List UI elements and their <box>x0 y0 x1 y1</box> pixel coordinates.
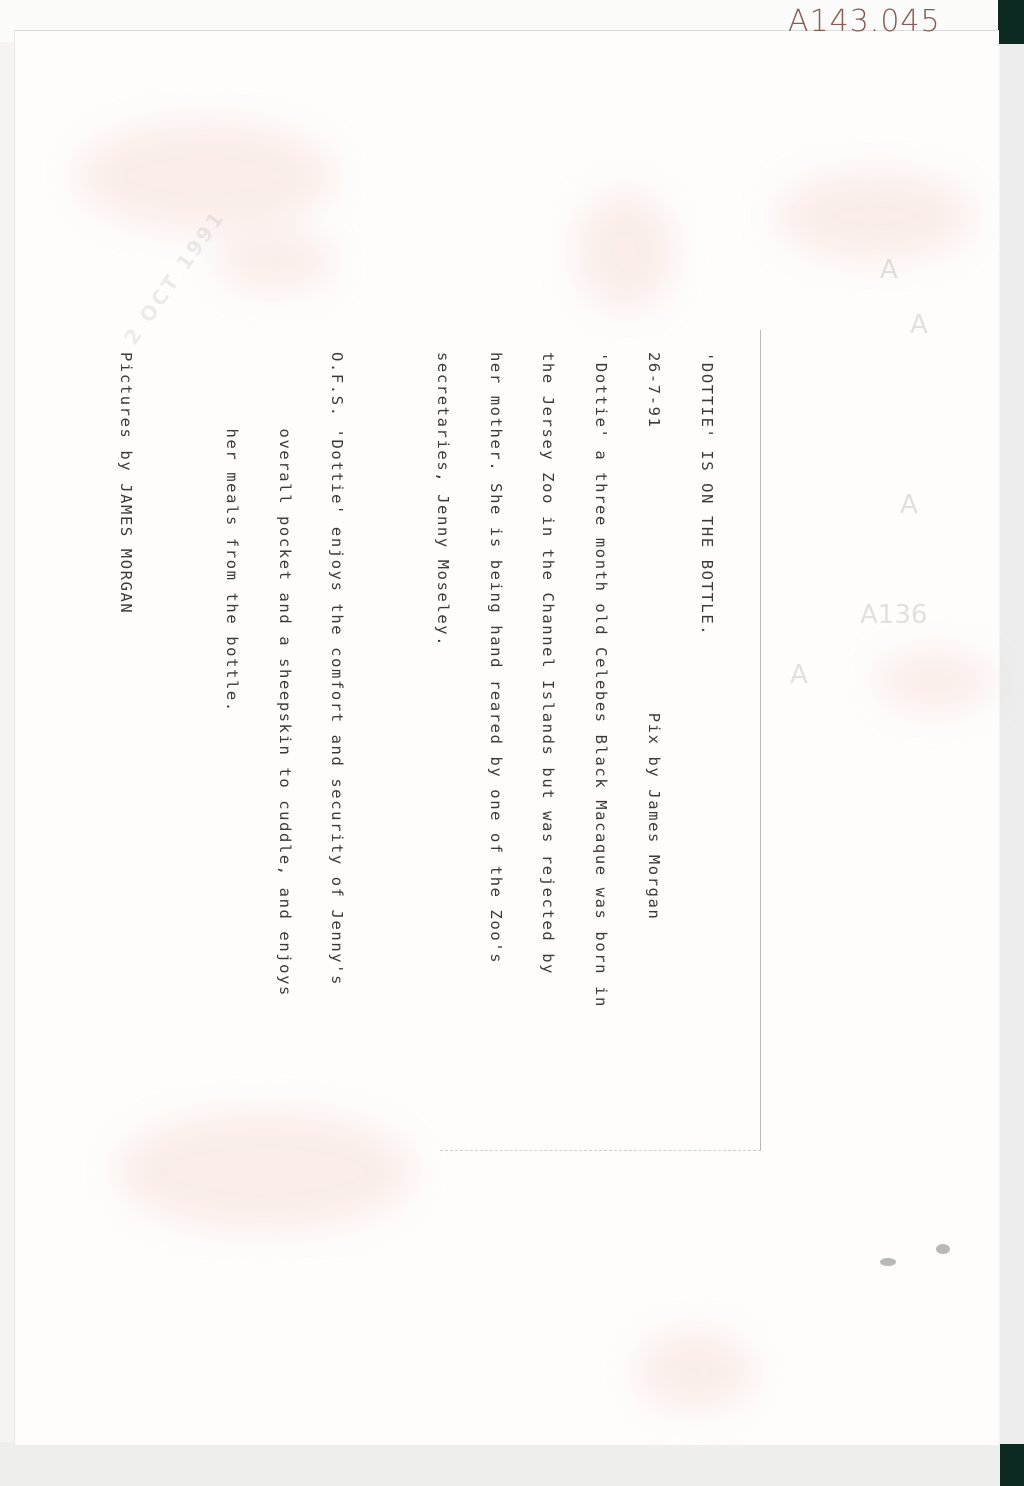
caption-footer: Pictures by JAMES MORGAN <box>117 352 135 1008</box>
caption-paragraph-line: 'Dottie' a three month old Celebes Black… <box>592 352 610 1008</box>
caption-paragraph-line: O.F.S. 'Dottie' enjoys the comfort and s… <box>328 352 346 1008</box>
scan-border-dark <box>998 1444 1024 1486</box>
scan-right-margin <box>1000 44 1024 1444</box>
paper-stain <box>635 1331 755 1411</box>
dust-speck <box>880 1258 896 1266</box>
caption-paragraph-line: her meals from the bottle. <box>222 352 240 1008</box>
paper-stain <box>575 191 675 311</box>
paper-stain <box>115 1111 415 1231</box>
ghost-mark: A <box>880 255 898 285</box>
paper-stain <box>775 171 975 261</box>
ghost-mark: A <box>900 490 918 520</box>
dust-speck <box>936 1244 950 1254</box>
caption-date: 26-7-91 <box>645 352 663 429</box>
caption-date-credit: 26-7-91 Pix by James Morgan <box>644 352 662 1008</box>
caption-paragraph-line: the Jersey Zoo in the Channel Islands bu… <box>539 352 557 1008</box>
caption-paragraph-line: overall pocket and a sheepskin to cuddle… <box>275 352 293 1008</box>
caption-title: 'DOTTIE' IS ON THE BOTTLE. <box>697 352 715 1008</box>
handwritten-reference-number: A143.045 <box>788 4 941 39</box>
paper-stain <box>875 651 995 711</box>
paper-stain <box>215 231 335 291</box>
ghost-mark: A <box>910 310 928 340</box>
caption-paragraph-line: her mother. She is being hand reared by … <box>486 352 504 1008</box>
caption-spacer <box>381 352 399 1008</box>
scan-bottom-margin <box>0 1442 1000 1486</box>
scan-border-dark <box>998 0 1024 44</box>
caption-paragraph-line: secretaries, Jenny Moseley. <box>433 352 451 1008</box>
ghost-mark: A136 <box>860 600 927 630</box>
caption-credit: Pix by James Morgan <box>645 713 663 921</box>
ghost-mark: A <box>790 660 808 690</box>
caption-spacer <box>169 352 187 1008</box>
typed-caption: 'DOTTIE' IS ON THE BOTTLE. 26-7-91 Pix b… <box>99 352 750 1008</box>
